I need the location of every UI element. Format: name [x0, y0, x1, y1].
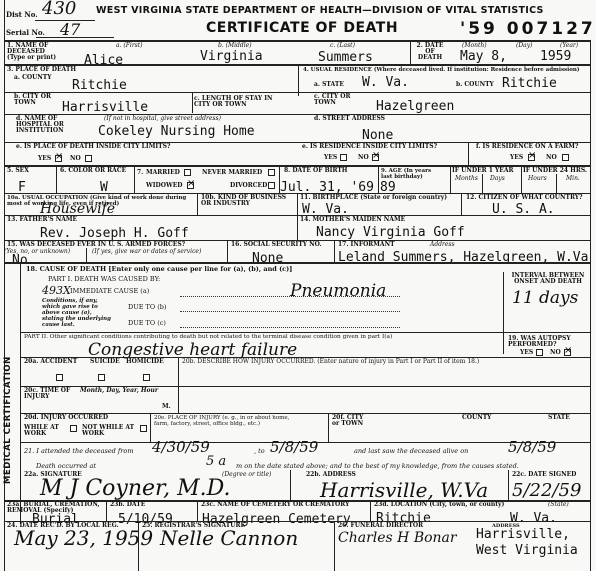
immediate-cause-label: IMMEDIATE CAUSE (a) — [70, 288, 149, 294]
res-county-label: b. COUNTY — [456, 82, 494, 88]
interval-label: INTERVAL BETWEEN ONSET AND DEATH — [508, 273, 588, 285]
divider — [468, 143, 469, 165]
death-occurred-statement: m on the date stated above; and to the b… — [236, 463, 519, 469]
attended-to-label: , to — [254, 448, 265, 454]
yes-label: YES — [324, 155, 337, 161]
death-occurred-text: Death occurred at — [36, 463, 96, 469]
not-while-at-work-checkbox[interactable] — [140, 425, 147, 432]
serial-label: Serial No. — [6, 30, 45, 36]
divider — [4, 40, 590, 42]
death-county: Ritchie — [72, 78, 127, 93]
immediate-cause: Pneumonia — [290, 281, 386, 301]
accident-label: 20a. ACCIDENT — [24, 359, 77, 365]
months-label: Months — [455, 176, 478, 182]
birthplace-label: 11. BIRTHPLACE (State or foreign country… — [300, 195, 447, 201]
last-label: c. (Last) — [330, 43, 355, 49]
business-label: 10b. KIND OF BUSINESS OR INDUSTRY — [201, 195, 296, 207]
name-label: 1. NAME OF DECEASED (Type or print) — [7, 43, 65, 61]
hospital-name: Cokeley Nursing Home — [98, 124, 255, 139]
divorced-checkbox[interactable] — [268, 182, 275, 189]
location-label: 23d. LOCATION (City, town, or county) — [374, 502, 504, 508]
cause-label: 18. CAUSE OF DEATH [Enter only one cause… — [26, 266, 292, 272]
divider — [556, 174, 557, 193]
no-label: NO — [70, 156, 81, 162]
divider — [410, 42, 411, 64]
divider — [150, 414, 151, 442]
homicide-label: HOMICIDE — [126, 359, 164, 365]
while-at-work-label: WHILE AT WORK — [24, 425, 68, 437]
divider — [4, 262, 590, 264]
suicide-checkbox[interactable] — [98, 374, 105, 381]
attended-from: 4/30/59 — [152, 438, 210, 456]
divider — [178, 358, 179, 386]
widowed-checkbox[interactable] — [187, 182, 194, 189]
married-label: MARRIED — [146, 170, 180, 176]
date-received: May 23, 1959 — [14, 526, 153, 550]
res-city: Hazelgreen — [376, 99, 454, 114]
never-married-label: NEVER MARRIED — [202, 170, 262, 176]
certificate-title: CERTIFICATE OF DEATH — [206, 20, 398, 36]
divider — [197, 501, 198, 521]
date-signed-label: 22c. DATE SIGNED — [512, 472, 576, 478]
divider — [20, 332, 590, 333]
dob-label: 8. DATE OF BIRTH — [284, 168, 347, 174]
right-border — [590, 40, 591, 571]
hospital-label: d. NAME OF HOSPITAL OR INSTITUTION — [16, 116, 92, 134]
yes-label: YES — [520, 350, 533, 356]
street-label: d. STREET ADDRESS — [314, 116, 385, 122]
county-label: a. COUNTY — [14, 75, 52, 81]
divider — [378, 166, 379, 193]
res-state-label: a. STATE — [314, 82, 344, 88]
while-at-work-checkbox[interactable] — [70, 425, 77, 432]
homicide-checkbox[interactable] — [143, 374, 150, 381]
attended-text: 21. I attended the deceased from — [24, 448, 133, 454]
due-to-c-label: DUE TO (c) — [128, 320, 166, 326]
time-hint: Month, Day, Year, Hour — [80, 388, 158, 394]
armed-forces-sub2: (If yes, give war or dates of service) — [92, 249, 201, 255]
funeral-address-line1: Harrisville, — [476, 527, 570, 542]
inside-city-label: e. IS PLACE OF DEATH INSIDE CITY LIMITS? — [16, 144, 170, 150]
injury-occurred-label: 20d. INJURY OCCURRED — [24, 415, 108, 421]
father-label: 13. FATHER'S NAME — [7, 217, 77, 223]
married-checkbox[interactable] — [184, 169, 191, 176]
divider — [134, 166, 135, 193]
divider — [180, 327, 400, 328]
days-label: Days — [490, 176, 505, 182]
death-inside-city-no-checkbox[interactable] — [85, 155, 92, 162]
no-label: NO — [358, 155, 369, 161]
divider — [503, 272, 504, 354]
describe-injury-label: 20b. DESCRIBE HOW INJURY OCCURRED. (Ente… — [182, 359, 479, 365]
no-label: NO — [550, 350, 561, 356]
divider — [461, 194, 462, 215]
attended-to: 5/8/59 — [270, 438, 318, 456]
divider — [290, 470, 291, 500]
dist-label: Dist No. — [6, 12, 38, 18]
divider — [227, 241, 228, 262]
funeral-director-label: 26. FUNERAL DIRECTOR — [338, 523, 423, 529]
hours-label: Hours — [528, 176, 547, 182]
date-signed: 5/22/59 — [512, 480, 581, 501]
res-city-label: c. CITY OR TOWN — [314, 94, 364, 106]
yes-label: YES — [38, 156, 51, 162]
divider — [56, 166, 57, 193]
divider — [508, 470, 509, 500]
res-inside-city-label: e. IS RESIDENCE INSIDE CITY LIMITS? — [302, 144, 437, 150]
injury-city-label: 20f. CITY or TOWN — [332, 415, 372, 427]
certificate-number: '59 007127 — [460, 19, 596, 39]
divider — [138, 522, 139, 571]
res-county: Ritchie — [502, 76, 557, 91]
farm-no-checkbox[interactable] — [562, 154, 569, 161]
interval-value: 11 days — [512, 288, 578, 308]
physician-address: Harrisville, W.Va — [320, 478, 488, 502]
divider — [4, 92, 590, 93]
funeral-director-signature: Charles H Bonar — [338, 530, 457, 546]
citizen-label: 12. CITIZEN OF WHAT COUNTRY? — [466, 195, 583, 201]
divider — [197, 194, 198, 215]
divider — [521, 166, 522, 193]
accident-checkbox[interactable] — [56, 374, 63, 381]
divider — [370, 501, 371, 521]
burial-date-label: 23b. DATE — [110, 502, 145, 508]
cause-code: 493X — [42, 284, 71, 297]
physician-signature: M J Coyner, M.D. — [40, 476, 230, 501]
middle-name: Virginia — [200, 49, 263, 64]
res-inside-city-yes-checkbox[interactable] — [340, 154, 347, 161]
conditions-note: Conditions, if any, which gave rise to a… — [42, 298, 112, 328]
death-inside-city-yes-checkbox[interactable] — [55, 155, 62, 162]
dist-number: 430 — [42, 0, 76, 19]
father-name: Rev. Joseph H. Goff — [40, 226, 189, 241]
suicide-label: SUICIDE — [90, 359, 120, 365]
farm-yes-checkbox[interactable] — [528, 154, 535, 161]
due-to-b-label: DUE TO (b) — [128, 304, 166, 310]
divider — [334, 241, 335, 262]
age-label: 9. AGE (In years last birthday) — [381, 168, 441, 180]
res-inside-city-no-checkbox[interactable] — [372, 154, 379, 161]
part1-label: PART I. DEATH WAS CAUSED BY: — [48, 276, 160, 282]
not-while-at-work-label: NOT WHILE AT WORK — [82, 425, 140, 437]
date-of-death: May 8, — [460, 49, 507, 64]
cemetery-label: 23c. NAME OF CEMETERY OR CREMATORY — [201, 502, 349, 508]
place-of-injury-label: 20e. PLACE OF INJURY (e. g., in or about… — [154, 415, 304, 427]
divider — [4, 114, 590, 115]
autopsy-no-checkbox[interactable] — [564, 349, 571, 356]
mother-name: Nancy Virginia Goff — [316, 225, 465, 240]
length-of-stay-label: c. LENGTH OF STAY IN CITY OR TOWN — [194, 96, 274, 108]
hospital-hint: (If not in hospital, give street address… — [104, 116, 221, 122]
death-time: 5 a — [206, 454, 226, 469]
marital-number: 7. — [137, 170, 143, 176]
autopsy-yes-checkbox[interactable] — [536, 349, 543, 356]
death-city: Harrisville — [62, 100, 148, 115]
degree-label: (Degree or title) — [222, 472, 271, 478]
injury-state-label: STATE — [548, 415, 570, 421]
first-label: a. (First) — [116, 43, 143, 49]
widowed-label: WIDOWED — [146, 183, 183, 189]
serial-underline — [36, 37, 114, 38]
medical-certification-label: MEDICAL CERTIFICATION — [3, 320, 21, 520]
autopsy-label: 19. WAS AUTOPSY PERFORMED? — [508, 336, 588, 348]
yes-label: YES — [510, 155, 523, 161]
divider — [297, 194, 298, 215]
injury-county-label: COUNTY — [462, 415, 491, 421]
min-label: Min. — [566, 176, 580, 182]
place-of-death-label: 3. PLACE OF DEATH — [7, 67, 87, 73]
day-label: (Day) — [516, 43, 532, 49]
never-married-checkbox[interactable] — [268, 169, 275, 176]
informant-label: 17. INFORMANT — [338, 242, 395, 248]
last-seen-text: and last saw the deceased alive on — [354, 448, 468, 454]
race-label: 6. COLOR OR RACE — [60, 168, 126, 174]
funeral-address-line2: West Virginia — [476, 543, 578, 558]
time-of-injury-label: 20c. TIME OF INJURY — [24, 388, 74, 400]
no-label: NO — [546, 155, 557, 161]
usual-residence-label: 4. USUAL RESIDENCE (Where deceased lived… — [303, 67, 593, 73]
last-name: Summers — [318, 50, 373, 65]
divider — [482, 174, 483, 193]
divider — [192, 93, 193, 113]
divider — [106, 501, 107, 521]
registrar-signature: Nelle Cannon — [160, 526, 298, 550]
death-certificate: Dist No. 430 Serial No. 47 WEST VIRGINIA… — [0, 0, 596, 571]
res-state: W. Va. — [362, 75, 409, 90]
divider — [4, 64, 590, 66]
date-of-death-label: 2. DATE OF DEATH — [413, 43, 447, 61]
divider — [328, 414, 329, 442]
divider — [178, 387, 179, 413]
res-street: None — [362, 128, 393, 143]
ssn-label: 16. SOCIAL SECURITY NO. — [231, 242, 322, 248]
agency-title: WEST VIRGINIA STATE DEPARTMENT OF HEALTH… — [96, 5, 544, 16]
divider — [180, 311, 400, 312]
m-label: M. — [162, 404, 171, 410]
mother-label: 14. MOTHER'S MAIDEN NAME — [300, 217, 405, 223]
informant-address-label: Address — [430, 242, 455, 248]
sex-label: 5. SEX — [7, 168, 29, 174]
divider — [334, 522, 335, 571]
year-of-death: 1959 — [540, 49, 571, 64]
last-seen-date: 5/8/59 — [508, 438, 556, 456]
divider — [450, 166, 451, 193]
state-label: (State) — [548, 502, 569, 508]
divorced-label: DIVORCED — [230, 183, 267, 189]
divider — [86, 248, 87, 262]
divider — [297, 216, 298, 240]
